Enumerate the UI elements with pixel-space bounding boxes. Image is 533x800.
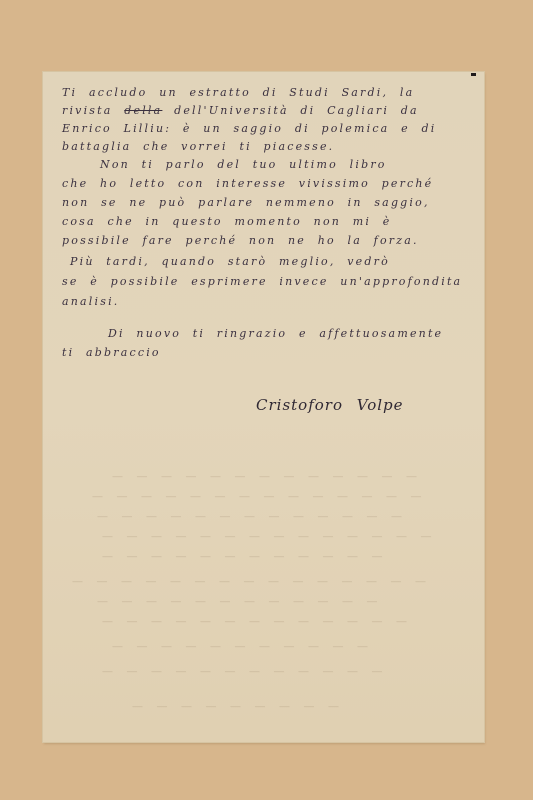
letter-line-2: rivista della dell'Università di Cagliar… — [62, 104, 419, 117]
show-through-text: — — — — — — — — — — — — — — [100, 615, 407, 628]
show-through-text: — — — — — — — — — — — — — — — [100, 530, 431, 543]
letter-line-11: se è possibile esprimere invece un'appro… — [62, 275, 462, 288]
show-through-text: — — — — — — — — — — — — — — — — [70, 575, 426, 588]
line-2-before: rivista — [62, 104, 113, 117]
line-2-after: dell'Università di Cagliari da — [174, 104, 419, 117]
letter-line-13: Di nuovo ti ringrazio e affettuosamente — [108, 327, 443, 340]
letter-line-3: Enrico Lilliu: è un saggio di polemica e… — [62, 122, 437, 135]
show-through-text: — — — — — — — — — — — — — — [110, 470, 417, 483]
signature: Cristoforo Volpe — [256, 396, 404, 414]
letter-line-12: analisi. — [62, 295, 120, 308]
letter-line-8: cosa che in questo momento non mi è — [62, 215, 392, 228]
show-through-text: — — — — — — — — — — — — — — — [90, 490, 421, 503]
letter-line-7: non se ne può parlare nemmeno in saggio, — [62, 196, 430, 209]
corner-mark — [471, 73, 476, 76]
show-through-text: — — — — — — — — — — — — — [100, 550, 382, 563]
letter-line-10: Più tardi, quando starò meglio, vedrò — [70, 255, 390, 268]
letter-line-14: ti abbraccio — [62, 346, 161, 359]
show-through-text: — — — — — — — — — — — — — [100, 665, 382, 678]
show-through-text: — — — — — — — — — — — — [110, 640, 368, 653]
show-through-text: — — — — — — — — — — [130, 700, 339, 713]
letter-line-9: possibile fare perché non ne ho la forza… — [62, 234, 419, 247]
show-through-text: — — — — — — — — — — — — — [95, 595, 377, 608]
struck-word: della — [124, 104, 162, 117]
show-through-text: — — — — — — — — — — — — — — [95, 510, 402, 523]
letter-line-4: battaglia che vorrei ti piacesse. — [62, 140, 334, 153]
letter-line-1: Ti accludo un estratto di Studi Sardi, l… — [62, 86, 414, 99]
letter-line-5: Non ti parlo del tuo ultimo libro — [100, 158, 387, 171]
letter-line-6: che ho letto con interesse vivissimo per… — [62, 177, 433, 190]
